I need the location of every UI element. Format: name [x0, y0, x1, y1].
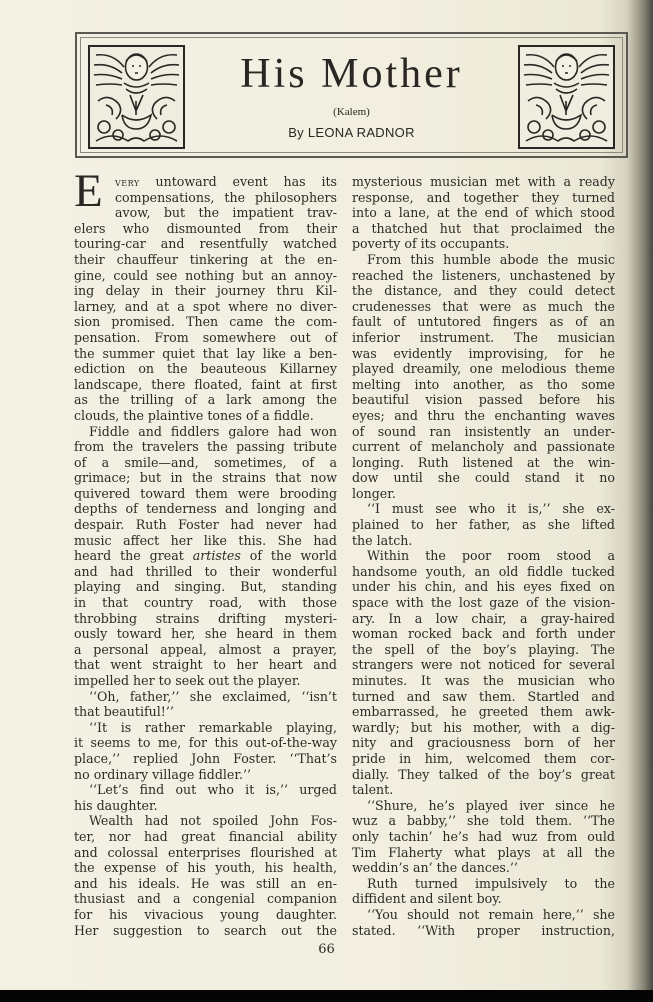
text-line: and had thrilled to their wonderful — [74, 564, 337, 580]
text-line: inferior instrument. The musician — [352, 330, 615, 346]
text-line: a personal appeal, almost a prayer, — [74, 642, 337, 658]
text-line: wuz a babby,’’ she told them. ‘‘The — [352, 813, 615, 829]
text-line: ‘‘It is rather remarkable playing, — [74, 720, 337, 736]
text-line: compensations, the philosophers — [74, 190, 337, 206]
text-line: no ordinary village fiddler.’’ — [74, 767, 337, 783]
text-line: ediction on the beauteous Killarney — [74, 361, 337, 377]
text-line: it seems to me, for this out-of-the-way — [74, 735, 337, 751]
text-line: dow until she could stand it no — [352, 470, 615, 486]
text-line: response, and together they turned — [352, 190, 615, 206]
text-line: impelled her to seek out the player. — [74, 673, 337, 689]
text-line: larney, and at a spot where no diver- — [74, 299, 337, 315]
text-line: Ruth turned impulsively to the — [352, 876, 615, 892]
text-line: ter, nor had great financial ability — [74, 829, 337, 845]
text-line: weddin’s an’ the dances.’’ — [352, 860, 615, 876]
text-line: that beautiful!’’ — [74, 704, 337, 720]
text-line: stated. ‘‘With proper instruction, — [352, 923, 615, 939]
text-line: played dreamily, one melodious theme — [352, 361, 615, 377]
text-line: mysterious musician met with a ready — [352, 174, 615, 190]
text-line: current of melancholy and passionate — [352, 439, 615, 455]
text-line: Her suggestion to search out the — [74, 923, 337, 939]
text-line: poverty of its occupants. — [352, 236, 615, 252]
text-line: their chauffeur tinkering at the en- — [74, 252, 337, 268]
text-line: diffident and silent boy. — [352, 891, 615, 907]
text-line: of sound ran insistently an under- — [352, 424, 615, 440]
text-line: the distance, and they could detect — [352, 283, 615, 299]
text-line: pensation. From somewhere out of — [74, 330, 337, 346]
text-line: and colossal enterprises flourished at — [74, 845, 337, 861]
article-column-right: mysterious musician met with a readyresp… — [352, 174, 615, 938]
text-line: ‘‘Let’s find out who it is,’’ urged — [74, 782, 337, 798]
text-line: music affect her like this. She had — [74, 533, 337, 549]
text-line: fault of untutored fingers as of an — [352, 314, 615, 330]
text-line: the spell of the boy’s playing. The — [352, 642, 615, 658]
text-line: into a lane, at the end of which stood — [352, 205, 615, 221]
text-line: embarrassed, he greeted them awk- — [352, 704, 615, 720]
text-line: melting into another, as tho some — [352, 377, 615, 393]
text-line: longer. — [352, 486, 615, 502]
text-line: thusiast and a congenial companion — [74, 891, 337, 907]
text-line: quivered toward them were brooding — [74, 486, 337, 502]
text-line: despair. Ruth Foster had never had — [74, 517, 337, 533]
text-line: wardly; but his mother, with a dig- — [352, 720, 615, 736]
text-line: talent. — [352, 782, 615, 798]
text-line: Tim Flaherty what plays at all the — [352, 845, 615, 861]
text-line: plained to her father, as she lifted — [352, 517, 615, 533]
text-line: landscape, there floated, faint at first — [74, 377, 337, 393]
text-line: ‘‘I must see who it is,’’ she ex- — [352, 501, 615, 517]
text-line: that went straight to her heart and — [74, 657, 337, 673]
small-caps-lead: very — [115, 176, 140, 189]
text-line: Within the poor room stood a — [352, 548, 615, 564]
text-line: ing delay in their journey thru Kil- — [74, 283, 337, 299]
article-column-left: very untoward event has itscompensations… — [74, 174, 337, 938]
text-line: from the travelers the passing tribute — [74, 439, 337, 455]
text-line: space with the lost gaze of the vision- — [352, 595, 615, 611]
text-line: was evidently improvising, for he — [352, 346, 615, 362]
text-line: place,’’ replied John Foster. ‘‘That’s — [74, 751, 337, 767]
text-line: minutes. It was the musician who — [352, 673, 615, 689]
text-line: very untoward event has its — [74, 174, 337, 190]
text-line: his daughter. — [74, 798, 337, 814]
text-line: playing and singing. But, standing — [74, 579, 337, 595]
text-line: depths of tenderness and longing and — [74, 501, 337, 517]
text-line: and his ideals. He was still an en- — [74, 876, 337, 892]
text-line: only tachin’ he’s had wuz from ould — [352, 829, 615, 845]
title-header-frame: His Mother (Kalem) By LEONA RADNOR — [75, 32, 628, 158]
text-line: Wealth had not spoiled John Fos- — [74, 813, 337, 829]
text-line: touring-car and resentfully watched — [74, 236, 337, 252]
text-line: the latch. — [352, 533, 615, 549]
text-line: grimace; but in the strains that now — [74, 470, 337, 486]
text-line: longing. Ruth listened at the win- — [352, 455, 615, 471]
text-line: in that country road, with those — [74, 595, 337, 611]
text-line: ously toward her, she heard in them — [74, 626, 337, 642]
text-line: From this humble abode the music — [352, 252, 615, 268]
text-line: handsome youth, an old fiddle tucked — [352, 564, 615, 580]
italic-word: artistes — [193, 548, 241, 563]
page-number: 66 — [0, 942, 653, 957]
text-line: elers who dismounted from their — [74, 221, 337, 237]
text-line: heard the great artistes of the world — [74, 548, 337, 564]
text-line: clouds, the plaintive tones of a fiddle. — [74, 408, 337, 424]
text-line: crudenesses that were as much the — [352, 299, 615, 315]
text-line: ‘‘Shure, he’s played iver since he — [352, 798, 615, 814]
text-line: of a smile—and, sometimes, of a — [74, 455, 337, 471]
scan-bottom-edge — [0, 990, 653, 1002]
text-line: the expense of his youth, his health, — [74, 860, 337, 876]
text-line: the summer quiet that lay like a ben- — [74, 346, 337, 362]
text-line: nity and graciousness born of her — [352, 735, 615, 751]
text-line: throbbing strains drifting mysteri- — [74, 611, 337, 627]
text-line: Fiddle and fiddlers galore had won — [74, 424, 337, 440]
text-line: sion promised. Then came the com- — [74, 314, 337, 330]
text-line: as the trilling of a lark among the — [74, 392, 337, 408]
text-line: eyes; and thru the enchanting waves — [352, 408, 615, 424]
text-line: ‘‘You should not remain here,’’ she — [352, 907, 615, 923]
text-line: for his vivacious young daughter. — [74, 907, 337, 923]
text-line: woman rocked back and forth under — [352, 626, 615, 642]
text-line: pride in him, welcomed them cor- — [352, 751, 615, 767]
text-line: reached the listeners, unchastened by — [352, 268, 615, 284]
text-line: a thatched hut that proclaimed the — [352, 221, 615, 237]
text-line: under his chin, and his eyes fixed on — [352, 579, 615, 595]
text-line: gine, could see nothing but an annoy- — [74, 268, 337, 284]
text-line: strangers were not noticed for several — [352, 657, 615, 673]
text-line: turned and saw them. Startled and — [352, 689, 615, 705]
text-line: beautiful vision passed before his — [352, 392, 615, 408]
text-line: avow, but the impatient trav- — [74, 205, 337, 221]
text-line: ‘‘Oh, father,’’ she exclaimed, ‘‘isn’t — [74, 689, 337, 705]
text-line: ary. In a low chair, a gray-haired — [352, 611, 615, 627]
text-line: dially. They talked of the boy’s great — [352, 767, 615, 783]
cherub-ornament-right-icon — [518, 45, 615, 149]
